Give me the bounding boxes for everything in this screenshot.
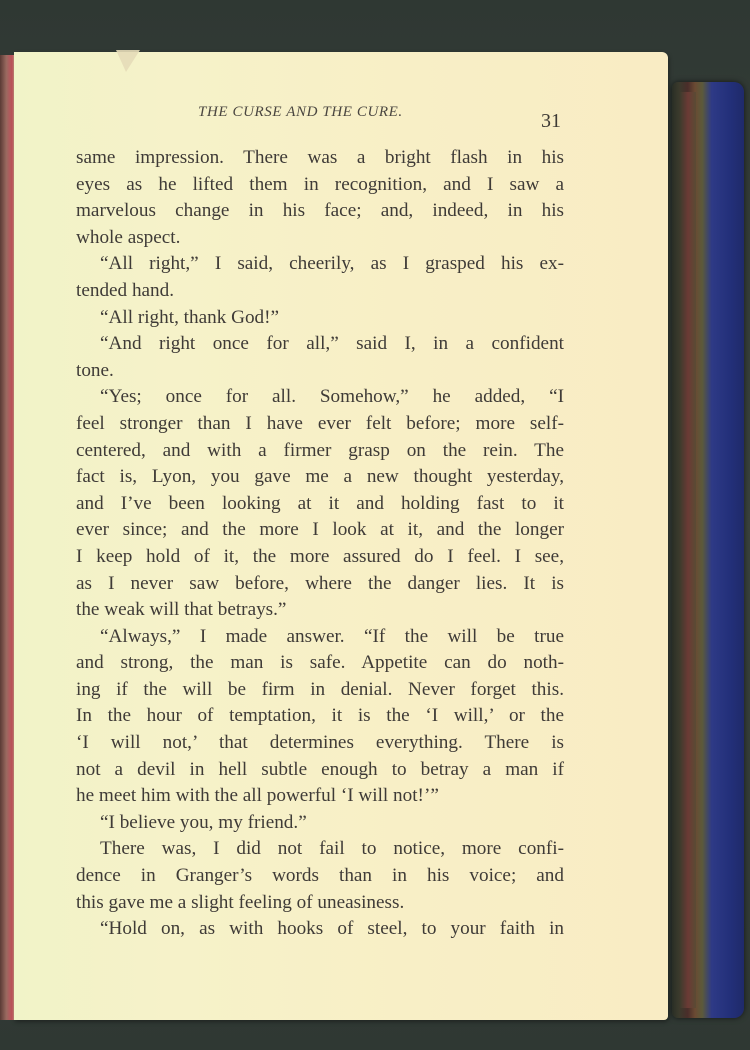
text-line: and I’ve been looking at it and holding …	[76, 491, 564, 518]
text-line: “Always,” I made answer. “If the will be…	[76, 624, 564, 651]
text-line: ing if the will be firm in denial. Never…	[76, 677, 564, 704]
text-line: There was, I did not fail to notice, mor…	[76, 836, 564, 863]
text-line: the weak will that betrays.”	[76, 597, 564, 624]
text-line: he meet him with the all powerful ‘I wil…	[76, 783, 564, 810]
text-line: tended hand.	[76, 278, 564, 305]
text-line: feel stronger than I have ever felt befo…	[76, 411, 564, 438]
text-line: I keep hold of it, the more assured do I…	[76, 544, 564, 571]
text-line: In the hour of temptation, it is the ‘I …	[76, 703, 564, 730]
text-line: tone.	[76, 358, 564, 385]
text-line: “And right once for all,” said I, in a c…	[76, 331, 564, 358]
text-line: ‘I will not,’ that determines everything…	[76, 730, 564, 757]
page-number: 31	[541, 110, 561, 133]
text-line: not a devil in hell subtle enough to bet…	[76, 757, 564, 784]
page-dog-ear	[116, 50, 140, 72]
text-line: “All right, thank God!”	[76, 305, 564, 332]
text-line: “Yes; once for all. Somehow,” he added, …	[76, 384, 564, 411]
body-text: same impression. There was a bright flas…	[76, 145, 564, 943]
text-line: centered, and with a firmer grasp on the…	[76, 438, 564, 465]
text-line: “I believe you, my friend.”	[76, 810, 564, 837]
text-line: same impression. There was a bright flas…	[76, 145, 564, 172]
text-line: eyes as he lifted them in recognition, a…	[76, 172, 564, 199]
text-line: and strong, the man is safe. Appetite ca…	[76, 650, 564, 677]
book-spine-edge	[680, 92, 696, 1008]
text-line: whole aspect.	[76, 225, 564, 252]
running-head: THE CURSE AND THE CURE.	[198, 104, 403, 121]
text-line: as I never saw before, where the danger …	[76, 571, 564, 598]
text-line: ever since; and the more I look at it, a…	[76, 517, 564, 544]
text-line: dence in Granger’s words than in his voi…	[76, 863, 564, 890]
text-line: this gave me a slight feeling of uneasin…	[76, 890, 564, 917]
text-line: “Hold on, as with hooks of steel, to you…	[76, 916, 564, 943]
text-line: “All right,” I said, cheerily, as I gras…	[76, 251, 564, 278]
text-line: marvelous change in his face; and, indee…	[76, 198, 564, 225]
text-line: fact is, Lyon, you gave me a new thought…	[76, 464, 564, 491]
